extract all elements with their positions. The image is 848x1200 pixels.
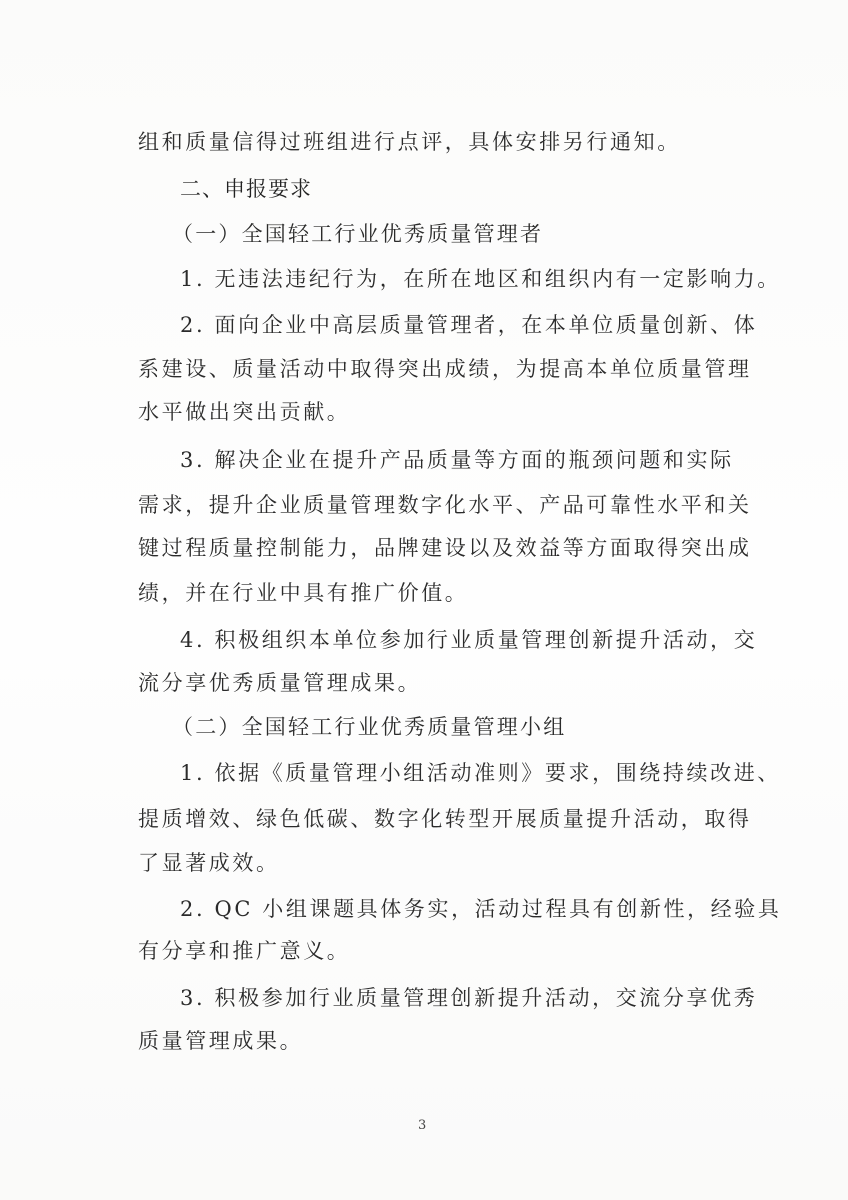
subsection-heading-1: （一）全国轻工行业优秀质量管理者 xyxy=(172,219,772,249)
requirement-1-2: 2. 面向企业中高层质量管理者，在本单位质量创新、体 xyxy=(180,310,780,340)
requirement-1-4: 4. 积极组织本单位参加行业质量管理创新提升活动，交 xyxy=(180,625,780,655)
requirement-1-2-cont2: 水平做出突出贡献。 xyxy=(138,397,738,427)
requirement-2-2: 2. QC 小组课题具体务实，活动过程具有创新性，经验具 xyxy=(180,894,780,924)
requirement-2-3: 3. 积极参加行业质量管理创新提升活动，交流分享优秀 xyxy=(180,983,780,1013)
requirement-1-4-cont: 流分享优秀质量管理成果。 xyxy=(138,668,738,698)
requirement-2-1: 1. 依据《质量管理小组活动准则》要求，围绕持续改进、 xyxy=(180,758,780,788)
requirement-2-1-cont: 提质增效、绿色低碳、数字化转型开展质量提升活动，取得 xyxy=(138,804,738,834)
requirement-2-3-cont: 质量管理成果。 xyxy=(138,1026,738,1056)
page-number: 3 xyxy=(418,1118,426,1133)
requirement-1-3-cont2: 键过程质量控制能力，品牌建设以及效益等方面取得突出成 xyxy=(138,533,738,563)
subsection-heading-2: （二）全国轻工行业优秀质量管理小组 xyxy=(172,712,772,742)
requirement-2-1-cont2: 了显著成效。 xyxy=(138,848,738,878)
paragraph-continuation: 组和质量信得过班组进行点评，具体安排另行通知。 xyxy=(138,127,738,157)
document-page: 组和质量信得过班组进行点评，具体安排另行通知。 二、申报要求 （一）全国轻工行业… xyxy=(0,0,848,1200)
requirement-1-2-cont: 系建设、质量活动中取得突出成绩，为提高本单位质量管理 xyxy=(138,354,738,384)
requirement-1-1: 1. 无违法违纪行为，在所在地区和组织内有一定影响力。 xyxy=(180,264,780,294)
requirement-1-3: 3. 解决企业在提升产品质量等方面的瓶颈问题和实际 xyxy=(180,445,780,475)
requirement-2-2-cont: 有分享和推广意义。 xyxy=(138,936,738,966)
requirement-1-3-cont3: 绩，并在行业中具有推广价值。 xyxy=(138,578,738,608)
requirement-1-3-cont: 需求，提升企业质量管理数字化水平、产品可靠性水平和关 xyxy=(138,490,738,520)
section-heading: 二、申报要求 xyxy=(180,174,780,204)
